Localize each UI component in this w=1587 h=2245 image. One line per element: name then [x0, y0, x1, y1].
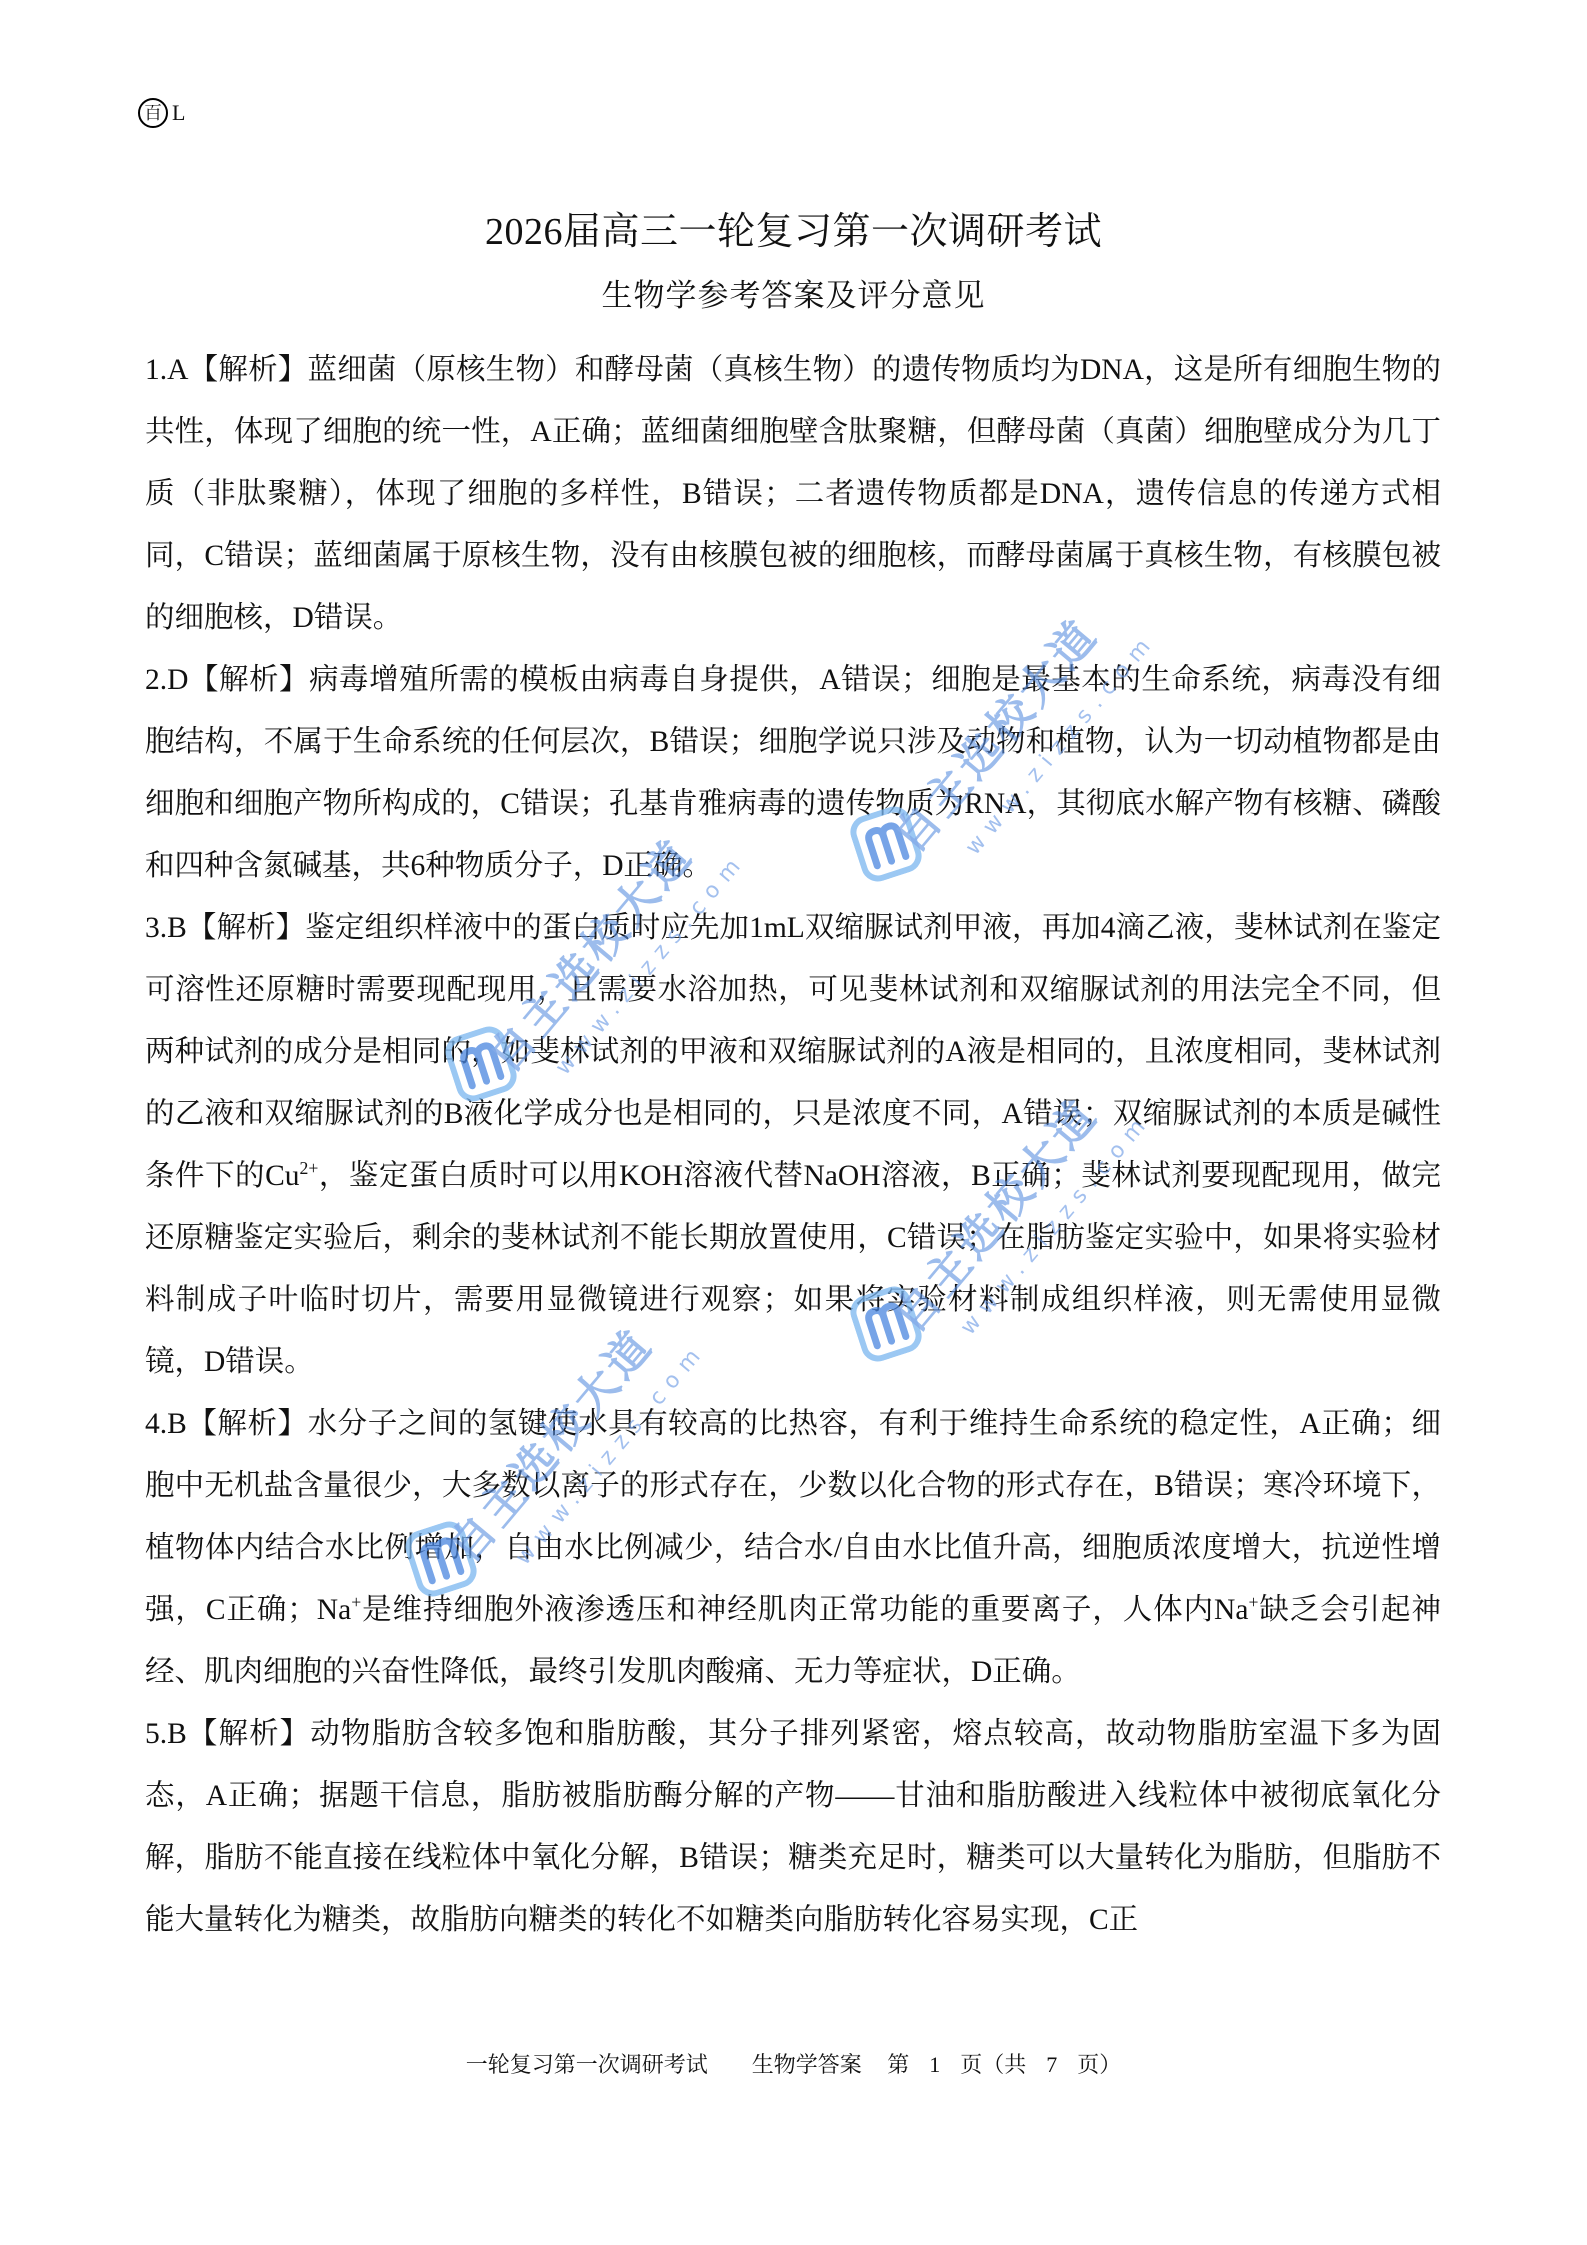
answer-number: 4.B	[145, 1408, 187, 1440]
analysis-tag: 【解析】	[187, 1408, 308, 1440]
answer-number: 5.B	[145, 1718, 187, 1750]
document-page: 百 L 2026届高三一轮复习第一次调研考试 生物学参考答案及评分意见 1.A【…	[0, 0, 1587, 2245]
footer-subject: 生物学答案	[752, 2052, 862, 2077]
answer-number: 1.A	[145, 354, 188, 386]
answer-item-4: 4.B【解析】水分子之间的氢键使水具有较高的比热容，有利于维持生命系统的稳定性，…	[145, 1393, 1441, 1703]
footer-exam-name: 一轮复习第一次调研考试	[466, 2052, 708, 2077]
answer-number: 3.B	[145, 912, 187, 944]
footer-page-total: 7	[1046, 2052, 1057, 2077]
answer-text-cont: 是维持细胞外液渗透压和神经肌肉正常功能的重要离子，人体内Na	[361, 1594, 1248, 1626]
footer-page-mid: 页（共	[960, 2052, 1026, 2077]
analysis-tag: 【解析】	[188, 664, 309, 696]
ion-charge: +	[351, 1592, 361, 1612]
page-title: 2026届高三一轮复习第一次调研考试	[0, 208, 1587, 256]
answer-item-1: 1.A【解析】蓝细菌（原核生物）和酵母菌（真核生物）的遗传物质均为DNA，这是所…	[145, 339, 1441, 649]
analysis-tag: 【解析】	[187, 912, 305, 944]
footer-page-prefix: 第	[887, 2052, 909, 2077]
corner-letter: L	[172, 100, 185, 126]
answer-text: 蓝细菌（原核生物）和酵母菌（真核生物）的遗传物质均为DNA，这是所有细胞生物的共…	[145, 354, 1441, 634]
answer-item-5: 5.B【解析】动物脂肪含较多饱和脂肪酸，其分子排列紧密，熔点较高，故动物脂肪室温…	[145, 1703, 1441, 1951]
corner-mark: 百 L	[138, 98, 185, 128]
answer-number: 2.D	[145, 664, 188, 696]
ion-charge: 2+	[300, 1158, 319, 1178]
answer-text: 鉴定组织样液中的蛋白质时应先加1mL双缩脲试剂甲液，再加4滴乙液，斐林试剂在鉴定…	[145, 912, 1441, 1192]
answer-item-2: 2.D【解析】病毒增殖所需的模板由病毒自身提供，A错误；细胞是最基本的生命系统，…	[145, 649, 1441, 897]
analysis-tag: 【解析】	[188, 354, 307, 386]
page-footer: 一轮复习第一次调研考试生物学答案 第1页（共7页）	[0, 2050, 1587, 2080]
analysis-tag: 【解析】	[187, 1718, 310, 1750]
circled-char-icon: 百	[138, 98, 168, 128]
footer-page-suffix: 页）	[1077, 2052, 1121, 2077]
ion-charge: +	[1248, 1592, 1258, 1612]
answer-body: 1.A【解析】蓝细菌（原核生物）和酵母菌（真核生物）的遗传物质均为DNA，这是所…	[145, 339, 1441, 1951]
page-subtitle: 生物学参考答案及评分意见	[0, 275, 1587, 317]
answer-text: 病毒增殖所需的模板由病毒自身提供，A错误；细胞是最基本的生命系统，病毒没有细胞结…	[145, 664, 1441, 882]
answer-item-3: 3.B【解析】鉴定组织样液中的蛋白质时应先加1mL双缩脲试剂甲液，再加4滴乙液，…	[145, 897, 1441, 1393]
answer-text: 动物脂肪含较多饱和脂肪酸，其分子排列紧密，熔点较高，故动物脂肪室温下多为固态，A…	[145, 1718, 1441, 1936]
answer-text-cont: ，鉴定蛋白质时可以用KOH溶液代替NaOH溶液，B正确；斐林试剂要现配现用，做完…	[145, 1160, 1441, 1378]
footer-page-current: 1	[929, 2052, 940, 2077]
